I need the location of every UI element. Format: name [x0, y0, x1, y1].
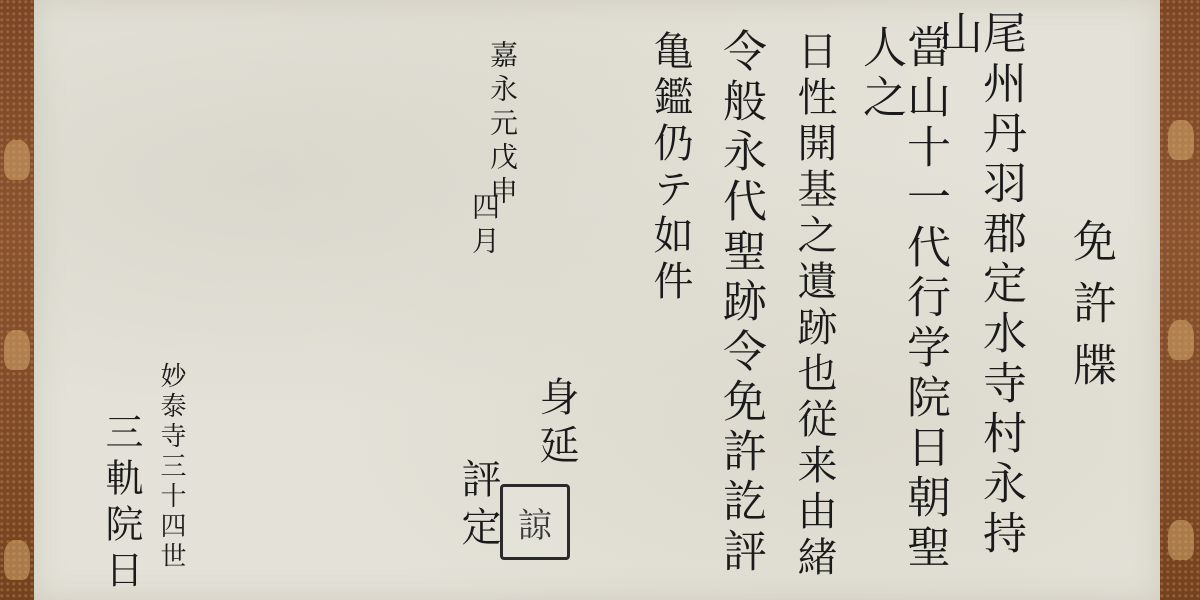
issuer-temple: 妙泰寺三十四世	[158, 362, 184, 572]
body-column-2: 當山十一代行学院日朝聖人之	[858, 24, 946, 600]
body-column-4: 令般永代聖跡令免許訖評	[718, 28, 762, 578]
scroll-border-right	[1160, 0, 1200, 600]
issuer-name: 三軌院日	[102, 412, 140, 596]
rabbit-motif-icon	[1168, 520, 1194, 560]
signature-lower: 評定	[458, 458, 498, 554]
rabbit-motif-icon	[1168, 120, 1194, 160]
scroll-border-left	[0, 0, 34, 600]
rabbit-motif-icon	[1168, 320, 1194, 360]
date-month: 四月	[470, 192, 498, 260]
signature-upper: 身延	[536, 376, 576, 472]
seal-glyph: 諒	[518, 498, 552, 547]
seal-stamp-icon: 諒	[500, 484, 570, 560]
rabbit-motif-icon	[4, 540, 30, 580]
document-title: 免許牒	[1068, 218, 1112, 404]
date-era: 嘉永元戊申	[488, 40, 516, 210]
body-column-3: 日性開基之遺跡也従来由緒	[794, 30, 834, 582]
rabbit-motif-icon	[4, 330, 30, 370]
rabbit-motif-icon	[4, 140, 30, 180]
body-column-5: 亀鑑仍テ如件	[650, 30, 690, 306]
